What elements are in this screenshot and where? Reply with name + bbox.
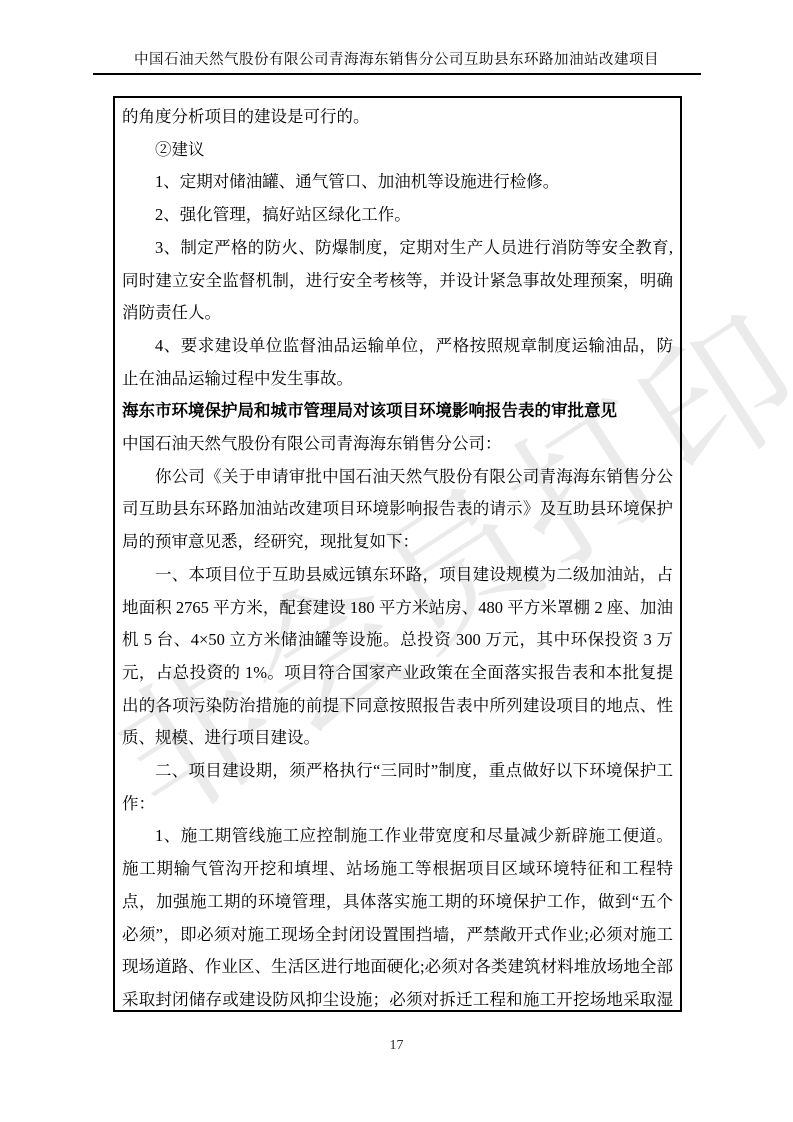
paragraph: 中国石油天然气股份有限公司青海海东销售分公司： [122, 428, 673, 461]
paragraph: 2、强化管理，搞好站区绿化工作。 [122, 199, 673, 232]
paragraph: 4、要求建设单位监督油品运输单位，严格按照规章制度运输油品，防止在油品运输过程中… [122, 330, 673, 395]
paragraph: ②建议 [122, 134, 673, 167]
paragraph: 的角度分析项目的建设是可行的。 [122, 101, 673, 134]
paragraph: 你公司《关于申请审批中国石油天然气股份有限公司青海海东销售分公司互助县东环路加油… [122, 461, 673, 559]
page-number: 17 [390, 1038, 404, 1053]
paragraph: 海东市环境保护局和城市管理局对该项目环境影响报告表的审批意见 [122, 395, 673, 428]
paragraph: 1、定期对储油罐、通气管口、加油机等设施进行检修。 [122, 166, 673, 199]
document-header-title: 中国石油天然气股份有限公司青海海东销售分公司互助县东环路加油站改建项目 [0, 48, 793, 69]
paragraph: 二、项目建设期，须严格执行“三同时”制度，重点做好以下环境保护工作： [122, 755, 673, 820]
document-page: 非会员打印 中国石油天然气股份有限公司青海海东销售分公司互助县东环路加油站改建项… [0, 0, 793, 1122]
page-footer: 17 [0, 1036, 793, 1054]
page-header: 中国石油天然气股份有限公司青海海东销售分公司互助县东环路加油站改建项目 [0, 0, 793, 75]
paragraph: 一、本项目位于互助县威远镇东环路，项目建设规模为二级加油站，占地面积 2765 … [122, 559, 673, 755]
header-divider [93, 73, 701, 75]
paragraph: 1、施工期管线施工应控制施工作业带宽度和尽量减少新辟施工便道。施工期输气管沟开挖… [122, 820, 673, 1012]
paragraph: 3、制定严格的防火、防爆制度，定期对生产人员进行消防等安全教育,同时建立安全监督… [122, 232, 673, 330]
content-box: 的角度分析项目的建设是可行的。②建议1、定期对储油罐、通气管口、加油机等设施进行… [113, 96, 682, 1012]
